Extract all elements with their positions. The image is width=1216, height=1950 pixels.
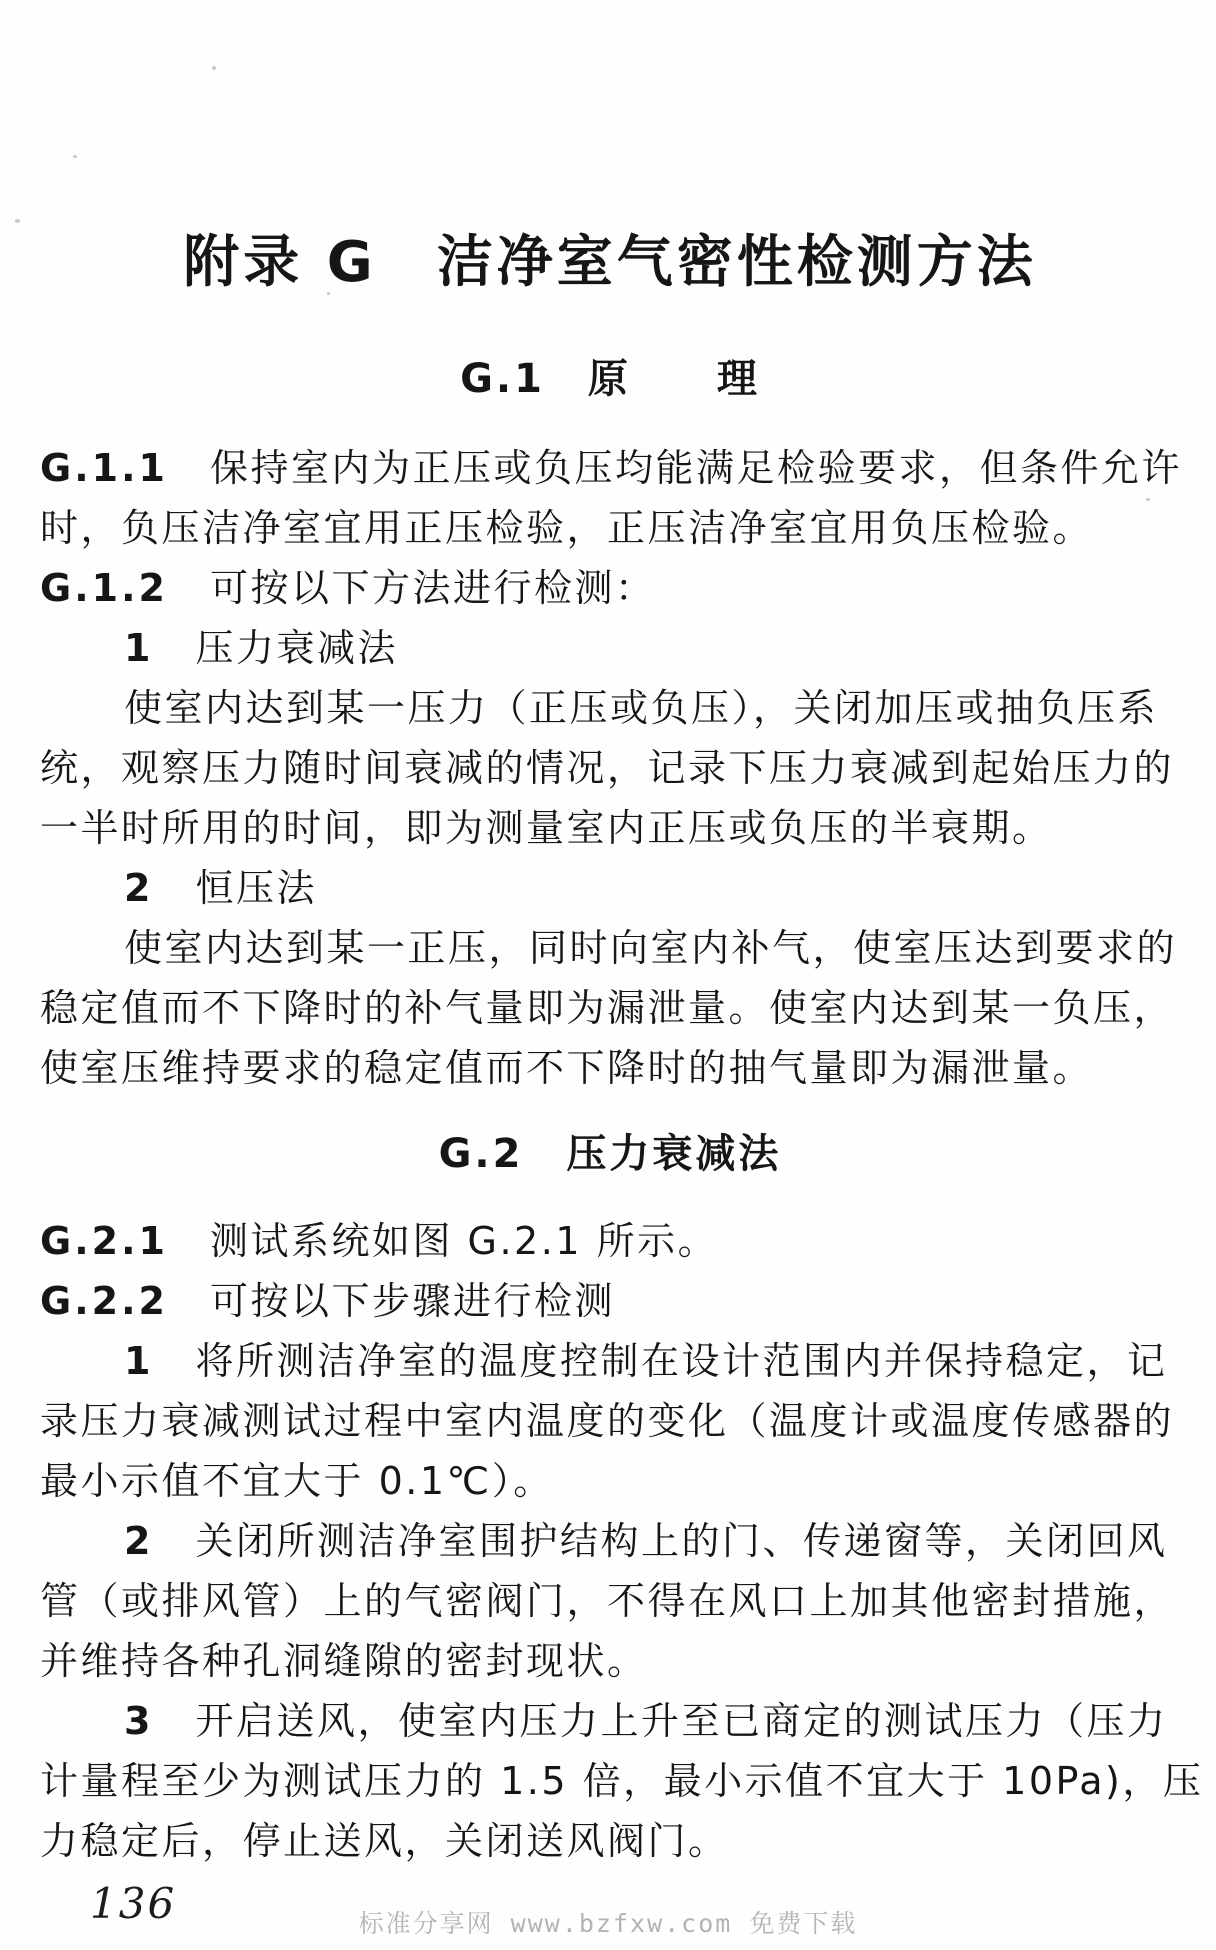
line-text: 计量程至少为测试压力的 1.5 倍，最小示值不宜大于 10Pa)，压 (40, 1759, 1203, 1803)
text-line: 时，负压洁净室宜用正压检验，正压洁净室宜用负压检验。 (40, 498, 1180, 558)
text-line: 1压力衰减法 (40, 618, 1180, 678)
text-line: 管（或排风管）上的气密阀门，不得在风口上加其他密封措施， (40, 1571, 1180, 1631)
text-line: 一半时所用的时间，即为测量室内正压或负压的半衰期。 (40, 798, 1180, 858)
line-text: 压力衰减法 (195, 626, 398, 670)
text-line: G.1.2可按以下方法进行检测： (40, 558, 1180, 618)
text-line: 2恒压法 (40, 858, 1180, 918)
text-line: 2关闭所测洁净室围护结构上的门、传递窗等，关闭回风 (40, 1511, 1180, 1571)
line-text: 使室内达到某一正压，同时向室内补气，使室压达到要求的 (124, 926, 1177, 970)
text-line: G.2.2可按以下步骤进行检测 (40, 1271, 1180, 1331)
line-text: 统，观察压力随时间衰减的情况，记录下压力衰减到起始压力的 (40, 746, 1174, 790)
item-number: 3 (124, 1699, 153, 1743)
clause-number: G.2.1 (40, 1219, 168, 1263)
watermark: 标准分享网 www.bzfxw.com 免费下载 (0, 1906, 1216, 1942)
line-text: 测试系统如图 G.2.1 所示。 (210, 1219, 718, 1263)
text-line: 使室内达到某一压力（正压或负压），关闭加压或抽负压系 (40, 678, 1180, 738)
scanned-document-page: 附录 G 洁净室气密性检测方法 G.1 原 理 G.1.1保持室内为正压或负压均… (0, 0, 1216, 1950)
line-text: 一半时所用的时间，即为测量室内正压或负压的半衰期。 (40, 806, 1053, 850)
line-text: 可按以下方法进行检测： (210, 566, 656, 610)
text-line: 3开启送风，使室内压力上升至已商定的测试压力（压力 (40, 1691, 1180, 1751)
line-text: 录压力衰减测试过程中室内温度的变化（温度计或温度传感器的 (40, 1399, 1174, 1443)
line-text: 将所测洁净室的温度控制在设计范围内并保持稳定，记 (195, 1339, 1167, 1383)
line-text: 开启送风，使室内压力上升至已商定的测试压力（压力 (195, 1699, 1167, 1743)
text-line: 1将所测洁净室的温度控制在设计范围内并保持稳定，记 (40, 1331, 1180, 1391)
scan-speck (212, 66, 216, 70)
text-line: 使室压维持要求的稳定值而不下降时的抽气量即为漏泄量。 (40, 1038, 1180, 1098)
line-text: 力稳定后，停止送风，关闭送风阀门。 (40, 1819, 729, 1863)
text-line: 录压力衰减测试过程中室内温度的变化（温度计或温度传感器的 (40, 1391, 1180, 1451)
text-line: 计量程至少为测试压力的 1.5 倍，最小示值不宜大于 10Pa)，压 (40, 1751, 1180, 1811)
clause-number: G.1.2 (40, 566, 168, 610)
text-line: 并维持各种孔洞缝隙的密封现状。 (40, 1631, 1180, 1691)
text-line: 力稳定后，停止送风，关闭送风阀门。 (40, 1811, 1180, 1871)
item-number: 1 (124, 1339, 153, 1383)
text-line: 使室内达到某一正压，同时向室内补气，使室压达到要求的 (40, 918, 1180, 978)
text-line: G.1.1保持室内为正压或负压均能满足检验要求，但条件允许 (40, 438, 1180, 498)
scan-speck (1146, 498, 1150, 501)
item-number: 2 (124, 866, 153, 910)
line-text: 保持室内为正压或负压均能满足检验要求，但条件允许 (210, 446, 1182, 490)
document-content: 附录 G 洁净室气密性检测方法 G.1 原 理 G.1.1保持室内为正压或负压均… (40, 228, 1180, 1871)
line-text: 使室内达到某一压力（正压或负压），关闭加压或抽负压系 (124, 686, 1158, 730)
line-text: 并维持各种孔洞缝隙的密封现状。 (40, 1639, 648, 1683)
line-text: 恒压法 (195, 866, 317, 910)
scan-speck (73, 155, 77, 158)
scan-speck (15, 219, 20, 223)
line-text: 使室压维持要求的稳定值而不下降时的抽气量即为漏泄量。 (40, 1046, 1093, 1090)
text-line: G.2.1测试系统如图 G.2.1 所示。 (40, 1211, 1180, 1271)
line-text: 可按以下步骤进行检测 (210, 1279, 615, 1323)
line-text: 时，负压洁净室宜用正压检验，正压洁净室宜用负压检验。 (40, 506, 1093, 550)
scan-speck (327, 292, 330, 295)
text-line: 统，观察压力随时间衰减的情况，记录下压力衰减到起始压力的 (40, 738, 1180, 798)
text-line: 稳定值而不下降时的补气量即为漏泄量。使室内达到某一负压， (40, 978, 1180, 1038)
line-text: 关闭所测洁净室围护结构上的门、传递窗等，关闭回风 (195, 1519, 1167, 1563)
section-heading-g2: G.2 压力衰减法 (40, 1126, 1180, 1182)
appendix-title: 附录 G 洁净室气密性检测方法 (40, 228, 1180, 298)
line-text: 稳定值而不下降时的补气量即为漏泄量。使室内达到某一负压， (40, 986, 1174, 1030)
section-heading-g1: G.1 原 理 (40, 351, 1180, 407)
line-text: 管（或排风管）上的气密阀门，不得在风口上加其他密封措施， (40, 1579, 1174, 1623)
text-line: 最小示值不宜大于 0.1℃）。 (40, 1451, 1180, 1511)
scan-speck (962, 1417, 966, 1421)
clause-number: G.2.2 (40, 1279, 168, 1323)
line-text: 最小示值不宜大于 0.1℃）。 (40, 1459, 554, 1503)
item-number: 2 (124, 1519, 153, 1563)
item-number: 1 (124, 626, 153, 670)
clause-number: G.1.1 (40, 446, 168, 490)
